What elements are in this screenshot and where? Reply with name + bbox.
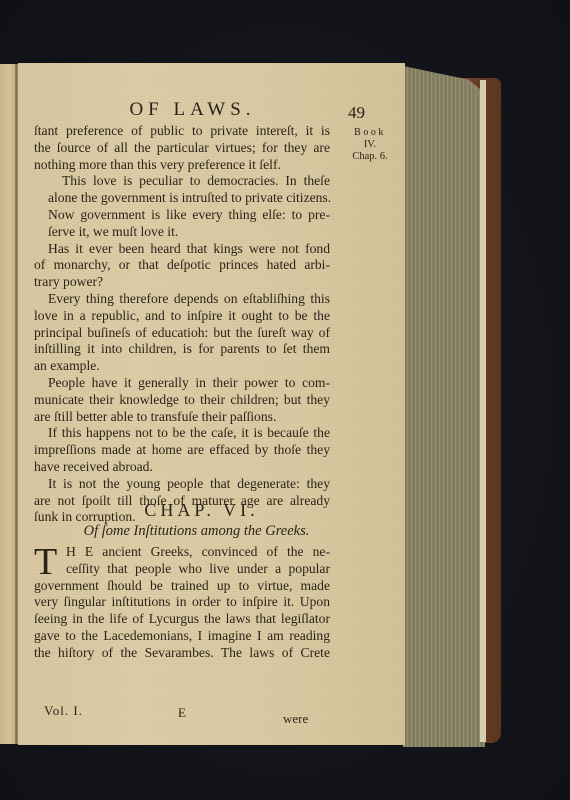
text-line: nothing more than this very preference i…: [34, 157, 330, 174]
text-line: principal buſineſs of educatioh: but the…: [34, 325, 330, 342]
body-text: ſtant preference of public to private in…: [34, 123, 330, 526]
text-line: love in a republic, and to inſpire it ou…: [34, 308, 330, 325]
text-line: the hiſtory of the Sevarambes. The laws …: [34, 645, 330, 662]
text-line: ſeeing in the life of Lycurgus the laws …: [34, 611, 330, 628]
text-line: ceſſity that people who live under a pop…: [34, 561, 330, 578]
running-head: OF LAWS.: [18, 99, 405, 121]
paragraph-6: If this happens not to be the caſe, it i…: [34, 425, 330, 475]
paragraph-1: ſtant preference of public to private in…: [34, 123, 330, 173]
text-line: government ſhould be trained up to virtu…: [34, 578, 330, 595]
margin-note-chapter: Chap. 6.: [340, 151, 400, 163]
drop-cap: T: [34, 544, 57, 580]
text-line: Now government is like every thing elſe:…: [34, 207, 330, 224]
chapter-text: T H E ancient Greeks, convinced of the n…: [34, 544, 330, 662]
paragraph-5: People have it generally in their power …: [34, 375, 330, 425]
text-line: H E ancient Greeks, convinced of the ne-: [34, 544, 330, 561]
page-fore-edge-highlight: [480, 80, 486, 742]
text-line: are ſtill better able to transfuſe their…: [34, 409, 330, 426]
chapter-subtitle: Of ſome Inſtitutions among the Greeks.: [18, 523, 405, 540]
signature-mark: E: [178, 705, 186, 721]
running-head-text: OF LAWS.: [129, 99, 255, 121]
page-fore-edge: [403, 66, 485, 747]
text-line: the ſource of all the particular virtues…: [34, 140, 330, 157]
text-line: It is not the young people that degenera…: [34, 476, 330, 493]
margin-note: Book IV. Chap. 6.: [340, 127, 400, 163]
text-line: municate their knowledge to their childr…: [34, 392, 330, 409]
text-line: Every thing therefore depends on eſtabli…: [34, 291, 330, 308]
page-number: 49: [348, 103, 365, 123]
text-line: If this happens not to be the caſe, it i…: [34, 425, 330, 442]
text-line: an example.: [34, 358, 330, 375]
text-line: inſtilling it into children, is for pare…: [34, 341, 330, 358]
paragraph-3: Has it ever been heard that kings were n…: [34, 241, 330, 291]
chapter-title-text: CHAP. VI.: [144, 500, 258, 521]
text-line: very ſingular inſtitutions in order to i…: [34, 594, 330, 611]
text-line: ſtant preference of public to private in…: [34, 123, 330, 140]
text-line: trary power?: [34, 274, 330, 291]
paragraph-4: Every thing therefore depends on eſtabli…: [34, 291, 330, 375]
text-line: of monarchy, or that deſpotic princes ha…: [34, 257, 330, 274]
margin-note-book-number: IV.: [340, 139, 400, 151]
text-line: have received abroad.: [34, 459, 330, 476]
text-line: gave to the Lacedemonians, I imagine I a…: [34, 628, 330, 645]
text-line: impreſſions made at home are effaced by …: [34, 442, 330, 459]
chapter-title: CHAP. VI.: [18, 500, 405, 521]
text-line: This love is peculiar to democracies. In…: [34, 173, 330, 190]
text-line: ſerve it, we muſt love it.: [34, 224, 330, 241]
text-line: Has it ever been heard that kings were n…: [34, 241, 330, 258]
chapter-subtitle-text: Of ſome Inſtitutions among the Greeks.: [84, 523, 310, 540]
book-page: OF LAWS. 49 Book IV. Chap. 6. ſtant pref…: [18, 63, 405, 745]
margin-note-book: Book: [340, 127, 400, 139]
paragraph-2: This love is peculiar to democracies. In…: [34, 173, 330, 240]
catchword: were: [283, 711, 308, 727]
text-line: People have it generally in their power …: [34, 375, 330, 392]
text-line: alone the government is intruſted to pri…: [34, 190, 330, 207]
volume-label: Vol. I.: [44, 703, 83, 719]
